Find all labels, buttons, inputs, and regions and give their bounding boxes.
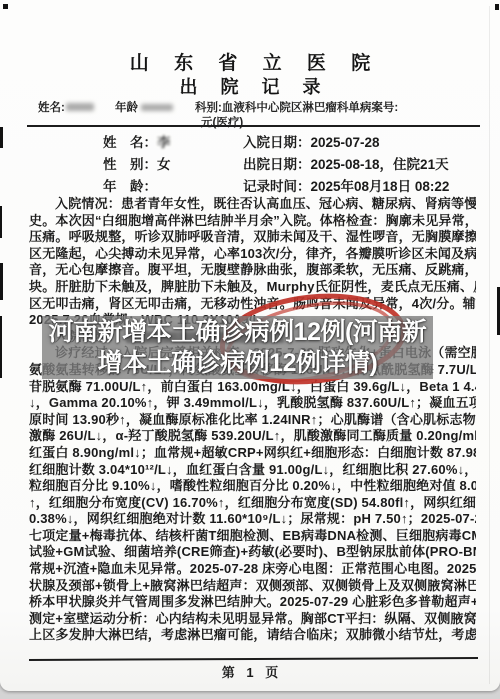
- record-time: 记录时间：2025年08月18日 08:22: [243, 175, 449, 195]
- scan-artifact: [3, 4, 8, 9]
- document-text-line: 红细胞计数 3.04*10¹²/L↓，血红蛋白含量 91.00g/L↓，红细胞比…: [29, 462, 476, 479]
- sex-label: 性 别：: [103, 157, 157, 172]
- sex-value: 女: [157, 157, 171, 172]
- scan-artifact: [0, 316, 2, 378]
- document-text-line: 原时间 13.90秒↑，凝血酶原标准化比率 1.24INR↑；心肌酶谱（含心肌标…: [29, 412, 476, 429]
- document-text-line: 上区多发肿大淋巴结，考虑淋巴瘤可能，请结合临床；双肺微小结节灶，考虑炎性、纤: [29, 627, 476, 644]
- document-text-line: 粒细胞百分比 9.10%↓，嗜酸性粒细胞百分比 0.20%↓，中性粒细胞绝对值 …: [29, 478, 476, 495]
- document-text-line: 桥本甲状腺炎并气管周围多发淋巴结肿大。2025-07-29 心脏彩色多普勒超声+…: [29, 594, 476, 611]
- scan-artifact: [495, 4, 499, 10]
- patient-name-row: 姓 名：李: [103, 131, 171, 151]
- record-body: 入院情况：患者青年女性，既往否认高血压、冠心病、糖尿病、肾病等慢性疾病病史。本次…: [29, 196, 476, 644]
- document-text-line: 史。本次因“白细胞增高伴淋巴结肿半月余”入院。体格检查：胸廓未见异常，胸骨无: [29, 213, 476, 230]
- document-text-line: ↑，红细胞分布宽度(CV) 16.70%↑，红细胞分布宽度(SD) 54.80f…: [29, 495, 476, 512]
- document-text-line: 音，无心包摩擦音。腹平坦，无腹壁静脉曲张，腹部柔软，无压痛、反跳痛，腹部无包: [29, 262, 476, 279]
- document-text-line: 激酶 26U/L↓，α-羟丁酸脱氢酶 539.20U/L↑，肌酸激酶同工酶质量 …: [29, 428, 476, 445]
- meta-age-label: 年龄: [115, 99, 138, 115]
- name-label: 姓 名：: [103, 135, 157, 150]
- scan-artifact: [0, 263, 3, 300]
- page-title: 出 院 记 录: [0, 73, 500, 99]
- footer-divider: [29, 657, 478, 661]
- document-text-line: 入院情况：患者青年女性，既往否认高血压、冠心病、糖尿病、肾病等慢性疾病病: [29, 196, 476, 213]
- document-text-line: 测定+室壁运动分析：心内结构未见明显异常。胸部CT平扫：纵隔、双侧腋窝及所示锁骨: [29, 611, 476, 628]
- page-number: 第 1 页: [0, 662, 500, 681]
- name-value: 李: [157, 135, 171, 150]
- document-text-line: 七项定量+梅毒抗体、结核杆菌T细胞检测、EB病毒DNA检测、巨细胞病毒CMV-D…: [29, 528, 476, 545]
- document-text-line: 区无叩击痛，肾区无叩击痛，无移动性浊音。肠鸣音未闻及异常，4次/分。辅助检查：: [29, 296, 476, 313]
- document-text-line: 区无隆起，心尖搏动未见异常，心率103次/分，律齐，各瓣膜听诊区未闻及病理性杂: [29, 246, 476, 263]
- document-text-line: 0.38%↓，网织红细胞绝对计数 11.60*10⁹/L↓；尿常规：pH 7.5…: [29, 511, 476, 528]
- admit-date: 入院日期：2025-07-28: [243, 131, 380, 151]
- page-crease: [489, 6, 490, 684]
- document-text-line: 块。肝脏肋下未触及，脾脏肋下未触及，Murphy氏征阴性，麦氏点无压痛、反跳痛，…: [29, 279, 476, 296]
- redacted-name-smudge: [66, 103, 94, 111]
- screenshot-root: 山 东 省 立 医 院 出 院 记 录 姓名: 年龄 科别:血液科中心院区淋巴瘤…: [0, 0, 500, 699]
- headline-line-2: 增本土确诊病例12例详情): [98, 348, 378, 379]
- discharge-date: 出院日期：2025-08-18，住院21天: [243, 153, 449, 173]
- meta-department-wrap: 元(医疗): [201, 114, 243, 130]
- headline-line-1: 河南新增本土确诊病例12例(河南新: [49, 317, 427, 348]
- patient-sex-row: 性 别：女: [103, 153, 171, 173]
- age-label: 年 龄：: [103, 179, 157, 194]
- scan-artifact: [0, 127, 3, 148]
- document-text-line: 状腺及颈部+锁骨上+腋窝淋巴结超声：双侧颈部、双侧锁骨上及双侧腋窝淋巴结肿大；: [29, 578, 476, 595]
- document-text-line: ↓，Gamma 20.10%↑，钾 3.49mmol/L↓，乳酸脱氢酶 837.…: [29, 395, 476, 412]
- document-text-line: 试验+GM试验、细菌培养(CRE筛查)+药敏(必要时)、B型钠尿肽前体(PRO-…: [29, 544, 476, 561]
- document-text-line: 常规+沉渣+隐血未见异常。2025-07-28 床旁心电图：正常范围心电图。20…: [29, 561, 476, 578]
- scan-artifact: [0, 206, 2, 238]
- headline-overlay: 河南新增本土确诊病例12例(河南新 增本土确诊病例12例详情): [42, 316, 433, 379]
- meta-name-label: 姓名:: [38, 99, 65, 115]
- meta-department: 科别:血液科中心院区淋巴瘤科单病案号:: [195, 99, 398, 115]
- document-text-line: 苷脱氨酶 71.00U/L↑，前白蛋白 163.00mg/L↓，白蛋白 39.6…: [29, 379, 476, 396]
- document-text-line: 压痛。呼吸规整，听诊双肺呼吸音清，双肺未闻及干、湿性啰音，无胸膜摩擦音。心前: [29, 229, 476, 246]
- header-divider: [27, 125, 480, 127]
- patient-age-row: 年 龄：: [103, 175, 157, 195]
- redacted-age-smudge: [141, 104, 173, 111]
- hospital-name: 山 东 省 立 医 院: [0, 48, 500, 75]
- document-text-line: 红蛋白 8.90ng/ml↓；血常规+超敏CRP+网织红+细胞形态：白细胞计数 …: [29, 445, 476, 462]
